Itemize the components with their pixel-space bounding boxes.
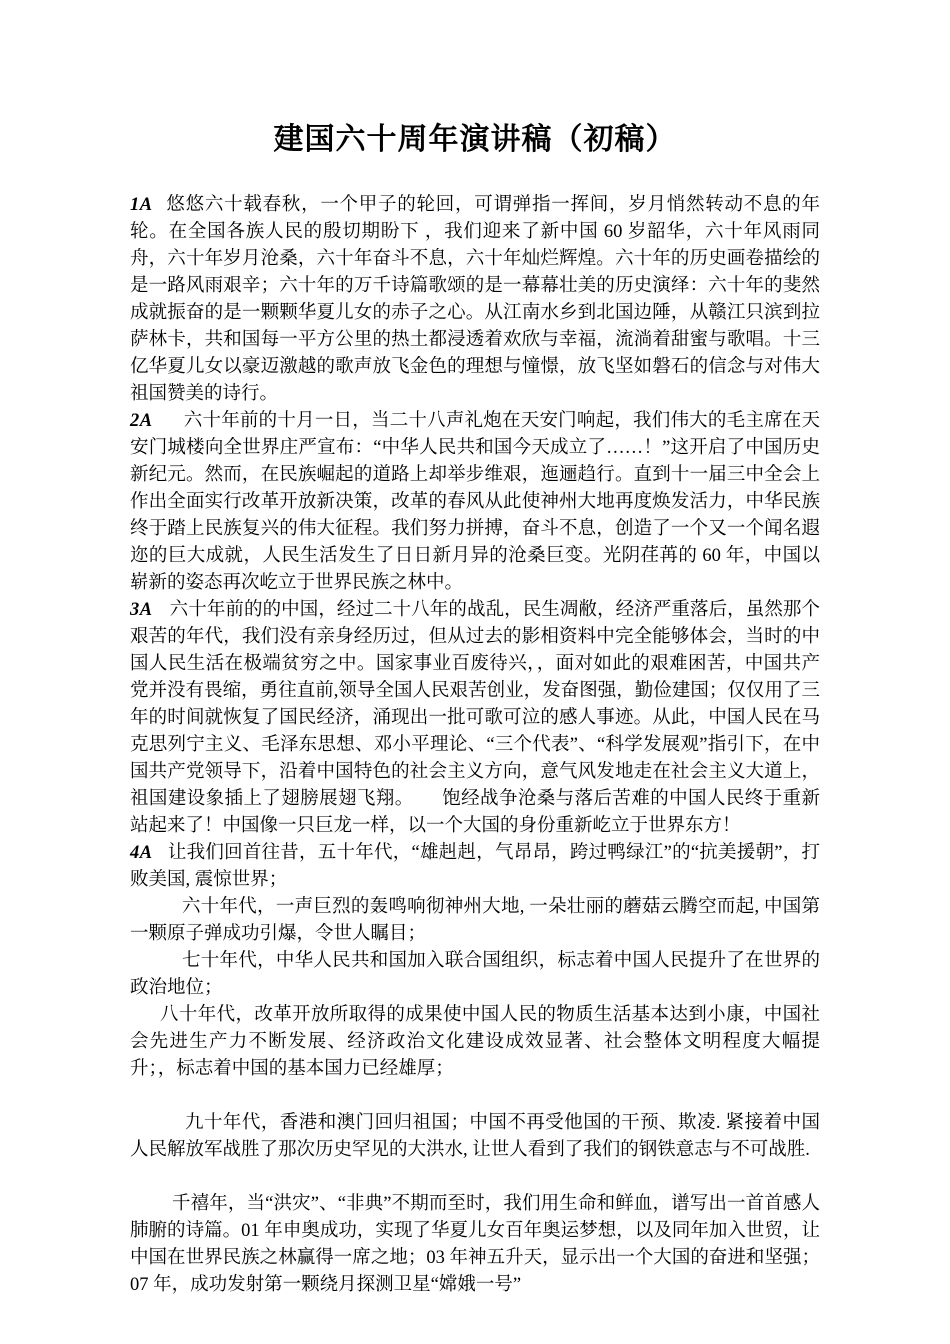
paragraph-1a: 1A悠悠六十载春秋，一个甲子的轮回，可谓弹指一挥间，岁月悄然转动不息的年轮。在全… [130,192,820,408]
paragraph-4a-text: 让我们回首往昔，五十年代，“雄赳赳，气昂昂，跨过鸭绿江”的“抗美援朝”，打败美国… [130,843,820,890]
paragraph-eighties: 八十年代，改革开放所取得的成果使中国人民的物质生活基本达到小康，中国社会先进生产… [130,1002,820,1083]
paragraph-4a-label: 4A [130,843,153,863]
paragraph-millennium: 千禧年，当“洪灾”、“非典”不期而至时，我们用生命和鲜血，谱写出一首首感人肺腑的… [130,1191,820,1299]
paragraph-seventies-text: 七十年代，中华人民共和国加入联合国组织，标志着中国人民提升了在世界的政治地位； [130,951,820,998]
paragraph-3a: 3A六十年前的的中国，经过二十八年的战乱，民生凋敝，经济严重落后，虽然那个艰苦的… [130,597,820,840]
paragraph-sixties: 六十年代，一声巨烈的轰鸣响彻神州大地, 一朵壮丽的蘑菇云腾空而起, 中国第一颗原… [130,894,820,948]
paragraph-2a: 2A六十年前的十月一日，当二十八声礼炮在天安门响起，我们伟大的毛主席在天安门城楼… [130,408,820,597]
paragraph-2a-text: 六十年前的十月一日，当二十八声礼炮在天安门响起，我们伟大的毛主席在天安门城楼向全… [130,411,820,593]
paragraph-2a-label: 2A [130,411,153,431]
paragraph-seventies: 七十年代，中华人民共和国加入联合国组织，标志着中国人民提升了在世界的政治地位； [130,948,820,1002]
document-title: 建国六十周年演讲稿（初稿） [130,120,820,160]
paragraph-3a-text: 六十年前的的中国，经过二十八年的战乱，民生凋敝，经济严重落后，虽然那个艰苦的年代… [130,600,820,836]
paragraph-1a-label: 1A [130,195,153,215]
document-page: 建国六十周年演讲稿（初稿） 1A悠悠六十载春秋，一个甲子的轮回，可谓弹指一挥间，… [0,0,950,1344]
document-body: 1A悠悠六十载春秋，一个甲子的轮回，可谓弹指一挥间，岁月悄然转动不息的年轮。在全… [130,192,820,1299]
paragraph-nineties-text: 九十年代，香港和澳门回归祖国；中国不再受他国的干预、欺凌. 紧接着中国人民解放军… [130,1113,820,1160]
paragraph-3a-label: 3A [130,600,153,620]
paragraph-1a-text: 悠悠六十载春秋，一个甲子的轮回，可谓弹指一挥间，岁月悄然转动不息的年轮。在全国各… [130,195,820,404]
paragraph-eighties-text: 八十年代，改革开放所取得的成果使中国人民的物质生活基本达到小康，中国社会先进生产… [130,1005,820,1079]
paragraph-4a: 4A让我们回首往昔，五十年代，“雄赳赳，气昂昂，跨过鸭绿江”的“抗美援朝”，打败… [130,840,820,894]
paragraph-sixties-text: 六十年代，一声巨烈的轰鸣响彻神州大地, 一朵壮丽的蘑菇云腾空而起, 中国第一颗原… [130,897,820,944]
paragraph-millennium-text: 千禧年，当“洪灾”、“非典”不期而至时，我们用生命和鲜血，谱写出一首首感人肺腑的… [130,1194,820,1295]
paragraph-nineties: 九十年代，香港和澳门回归祖国；中国不再受他国的干预、欺凌. 紧接着中国人民解放军… [130,1110,820,1164]
